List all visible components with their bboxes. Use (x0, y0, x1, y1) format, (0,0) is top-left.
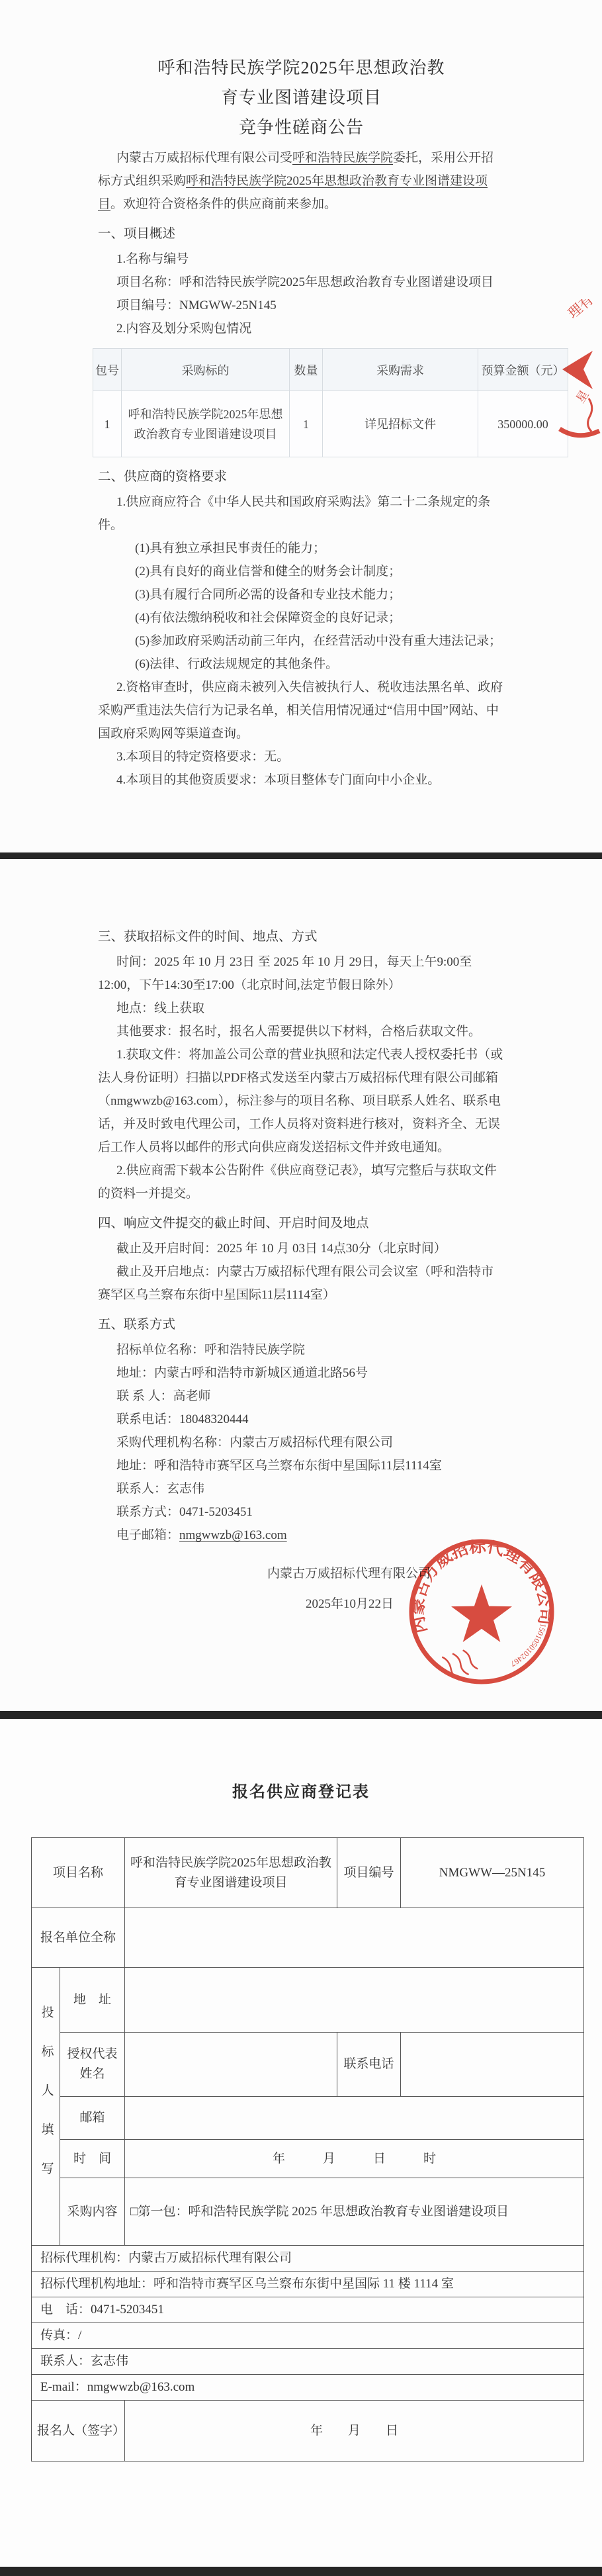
telephone-line: 电 话：0471-5203451 (32, 2297, 584, 2323)
section-2-heading: 二、供应商的资格要求 (98, 464, 505, 490)
qualification-item-1: 1.供应商应符合《中华人民共和国政府采购法》第二十二条规定的条件。 (98, 490, 505, 537)
email-value: nmgwwzb@163.com (179, 1528, 287, 1542)
form-row-telephone: 电 话：0471-5203451 (32, 2297, 584, 2323)
title-line-1: 呼和浩特民族学院2025年思想政治教 (157, 58, 445, 77)
title-line-3: 竞争性磋商公告 (239, 118, 364, 137)
representative-label: 授权代表姓名 (60, 2033, 125, 2097)
stamp-script-strokes (443, 1645, 477, 1680)
form-row-representative: 授权代表姓名 联系电话 (32, 2033, 584, 2097)
obtain-item-1: 1.获取文件：将加盖公司公章的营业执照和法定代表人授权委托书（或法人身份证明）扫… (98, 1043, 505, 1159)
intro-part-1: 内蒙古万威招标代理有限公司受 (116, 151, 292, 165)
stamp-star (451, 1585, 512, 1642)
registration-form-table: 项目名称 呼和浩特民族学院2025年思想政治教育专业图谱建设项目 项目编号 NM… (31, 1837, 584, 2461)
obtain-other-line: 其他要求：报名时，报名人需要提供以下材料，合格后获取文件。 (98, 1020, 505, 1043)
qualification-item-4: 4.本项目的其他资质要求：本项目整体专门面向中小企业。 (98, 768, 505, 792)
section-3-heading: 三、获取招标文件的时间、地点、方式 (98, 924, 505, 950)
header-subject: 采购标的 (122, 349, 290, 391)
agency-address-line: 招标代理机构地址：呼和浩特市赛罕区乌兰察布东街中星国际 11 楼 1114 室 (32, 2272, 584, 2297)
content-label: 采购内容 (60, 2178, 125, 2246)
time-label: 时 间 (60, 2140, 125, 2178)
page-separator (0, 1711, 602, 1719)
edge-stamp-text-fragment: 星 (574, 388, 591, 405)
form-row-agency: 招标代理机构：内蒙古万威招标代理有限公司 (32, 2246, 584, 2272)
package-table: 包号 采购标的 数量 采购需求 预算金额（元） 1 呼和浩特民族学院2025年思… (93, 348, 568, 457)
edge-stamp-text-fragment: 理有 (565, 299, 597, 322)
company-seal-stamp: 内蒙古万威招标代理有限公司 1501050102467 (406, 1536, 558, 1688)
qualification-sub-item: (4)有依法缴纳税收和社会保障资金的良好记录； (98, 606, 505, 629)
qualification-sub-item: (3)具有履行合同所必需的设备和专业技术能力； (98, 583, 505, 606)
phone-input-cell (401, 2033, 584, 2097)
phone-label: 联系电话 (337, 2033, 401, 2097)
form-row-applicant: 报名单位全称 (32, 1908, 584, 1968)
section-1-heading: 一、项目概述 (98, 221, 505, 248)
signature-date-cell: 年 月 日 (125, 2401, 584, 2461)
fax-line: 传真：/ (32, 2323, 584, 2349)
intro-underlined-buyer: 呼和浩特民族学院 (292, 151, 393, 165)
contact-line: 招标单位名称：呼和浩特民族学院 (98, 1338, 505, 1361)
contact-person-line: 联系人：玄志伟 (32, 2349, 584, 2375)
qualification-sub-item: (2)具有良好的商业信誉和健全的财务会计制度； (98, 560, 505, 583)
qualification-item-3: 3.本项目的特定资格要求：无。 (98, 745, 505, 768)
qualification-sub-item: (6)法律、行政法规规定的其他条件。 (98, 653, 505, 676)
intro-part-3: 。欢迎符合资格条件的供应商前来参加。 (110, 197, 337, 211)
form-email-label: 邮箱 (60, 2097, 125, 2140)
project-no-value: NMGWW—25N145 (401, 1838, 584, 1908)
obtain-item-2: 2.供应商需下载本公告附件《供应商登记表》，填写完整后与获取文件的资料一并提交。 (98, 1159, 505, 1205)
form-email-input-cell (125, 2097, 584, 2140)
cell-package-no: 1 (93, 391, 122, 457)
contact-line: 联 系 人：高老师 (98, 1385, 505, 1408)
bidder-fill-vertical-label-cell: 投标人填写 (32, 1968, 60, 2246)
edge-seal-stamp: 理有 星 (556, 299, 602, 445)
cell-requirement: 详见招标文件 (323, 391, 478, 457)
header-requirement: 采购需求 (323, 349, 478, 391)
page-separator (0, 2567, 602, 2576)
header-package-no: 包号 (93, 349, 122, 391)
contact-line: 联系人：玄志伟 (98, 1477, 505, 1500)
qualification-sub-item: (5)参加政府采购活动前三年内，在经营活动中没有重大违法记录； (98, 629, 505, 653)
form-row-agency-address: 招标代理机构地址：呼和浩特市赛罕区乌兰察布东街中星国际 11 楼 1114 室 (32, 2272, 584, 2297)
package-table-header-row: 包号 采购标的 数量 采购需求 预算金额（元） (93, 349, 568, 391)
applicant-label: 报名单位全称 (32, 1908, 125, 1968)
page-separator (0, 852, 602, 859)
section-5-heading: 五、联系方式 (98, 1312, 505, 1338)
form-row-mail: E-mail：nmgwwzb@163.com (32, 2375, 584, 2401)
form-row-address: 投标人填写 地 址 (32, 1968, 584, 2033)
project-no-label: 项目编号 (337, 1838, 401, 1908)
edge-stamp-arc (560, 429, 599, 436)
title-line-2: 育专业图谱建设项目 (221, 88, 382, 107)
contact-line: 地址：呼和浩特市赛罕区乌兰察布东街中星国际11层1114室 (98, 1454, 505, 1477)
header-quantity: 数量 (290, 349, 323, 391)
registration-form-title: 报名供应商登记表 (0, 1778, 602, 1802)
project-name-line: 项目名称：呼和浩特民族学院2025年思想政治教育专业图谱建设项目 (98, 271, 505, 294)
applicant-input-cell (125, 1908, 584, 1968)
page-1: 呼和浩特民族学院2025年思想政治教 育专业图谱建设项目 竞争性磋商公告 内蒙古… (0, 0, 602, 852)
representative-input-cell (125, 2033, 337, 2097)
scanned-document: 呼和浩特民族学院2025年思想政治教 育专业图谱建设项目 竞争性磋商公告 内蒙古… (0, 0, 602, 2576)
contact-line: 联系电话：18048320444 (98, 1408, 505, 1431)
section-4-heading: 四、响应文件提交的截止时间、开启时间及地点 (98, 1211, 505, 1237)
form-row-contact: 联系人：玄志伟 (32, 2349, 584, 2375)
address-input-cell (125, 1968, 584, 2033)
agency-line: 招标代理机构：内蒙古万威招标代理有限公司 (32, 2246, 584, 2272)
form-row-email: 邮箱 (32, 2097, 584, 2140)
page-3: 报名供应商登记表 项目名称 呼和浩特民族学院2025年思想政治教育专业图谱建设项… (0, 1719, 602, 2567)
form-row-project: 项目名称 呼和浩特民族学院2025年思想政治教育专业图谱建设项目 项目编号 NM… (32, 1838, 584, 1908)
bidder-fill-vertical-label: 投标人填写 (39, 2005, 53, 2201)
edge-stamp-star-point (562, 351, 593, 389)
form-row-fax: 传真：/ (32, 2323, 584, 2349)
signature-label: 报名人（签字） (32, 2401, 125, 2461)
section-1-sub-2: 2.内容及划分采购包情况 (98, 317, 505, 340)
time-value-cell: 年 月 日 时 (125, 2140, 584, 2178)
page-2: 三、获取招标文件的时间、地点、方式 时间：2025 年 10 月 23日 至 2… (0, 859, 602, 1711)
form-row-time: 时 间 年 月 日 时 (32, 2140, 584, 2178)
package-table-row: 1 呼和浩特民族学院2025年思想政治教育专业图谱建设项目 1 详见招标文件 3… (93, 391, 568, 457)
obtain-time-line: 时间：2025 年 10 月 23日 至 2025 年 10 月 29日，每天上… (98, 950, 505, 997)
qualification-item-2: 2.资格审查时，供应商未被列入失信被执行人、税收违法黑名单、政府采购严重违法失信… (98, 676, 505, 745)
contact-line: 地址：内蒙古呼和浩特市新城区通道北路56号 (98, 1361, 505, 1385)
project-number-line: 项目编号：NMGWW-25N145 (98, 294, 505, 317)
header-budget: 预算金额（元） (478, 349, 568, 391)
form-row-content: 采购内容 □第一包：呼和浩特民族学院 2025 年思想政治教育专业图谱建设项目 (32, 2178, 584, 2246)
announcement-title: 呼和浩特民族学院2025年思想政治教 育专业图谱建设项目 竞争性磋商公告 (98, 53, 505, 142)
project-name-label: 项目名称 (32, 1838, 125, 1908)
intro-paragraph: 内蒙古万威招标代理有限公司受呼和浩特民族学院委托，采用公开招标方式组织采购呼和浩… (98, 146, 505, 216)
project-name-value: 呼和浩特民族学院2025年思想政治教育专业图谱建设项目 (125, 1838, 337, 1908)
email-label: 电子邮箱： (116, 1528, 179, 1542)
obtain-place-line: 地点：线上获取 (98, 997, 505, 1020)
contact-line: 联系方式：0471-5203451 (98, 1500, 505, 1524)
cell-subject: 呼和浩特民族学院2025年思想政治教育专业图谱建设项目 (122, 391, 290, 457)
open-place-line: 截止及开启地点：内蒙古万威招标代理有限公司会议室（呼和浩特市赛罕区乌兰察布东街中… (98, 1260, 505, 1307)
section-1-sub-1: 1.名称与编号 (98, 248, 505, 271)
deadline-line: 截止及开启时间：2025 年 10 月 03日 14点30分（北京时间） (98, 1237, 505, 1260)
edge-stamp-script-stroke (588, 398, 592, 432)
content-value-cell: □第一包：呼和浩特民族学院 2025 年思想政治教育专业图谱建设项目 (125, 2178, 584, 2246)
mail-line: E-mail：nmgwwzb@163.com (32, 2375, 584, 2401)
cell-quantity: 1 (290, 391, 323, 457)
cell-budget: 350000.00 (478, 391, 568, 457)
address-label: 地 址 (60, 1968, 125, 2033)
qualification-sub-item: (1)具有独立承担民事责任的能力； (98, 537, 505, 560)
contact-line: 采购代理机构名称：内蒙古万威招标代理有限公司 (98, 1431, 505, 1454)
form-row-signature: 报名人（签字） 年 月 日 (32, 2401, 584, 2461)
